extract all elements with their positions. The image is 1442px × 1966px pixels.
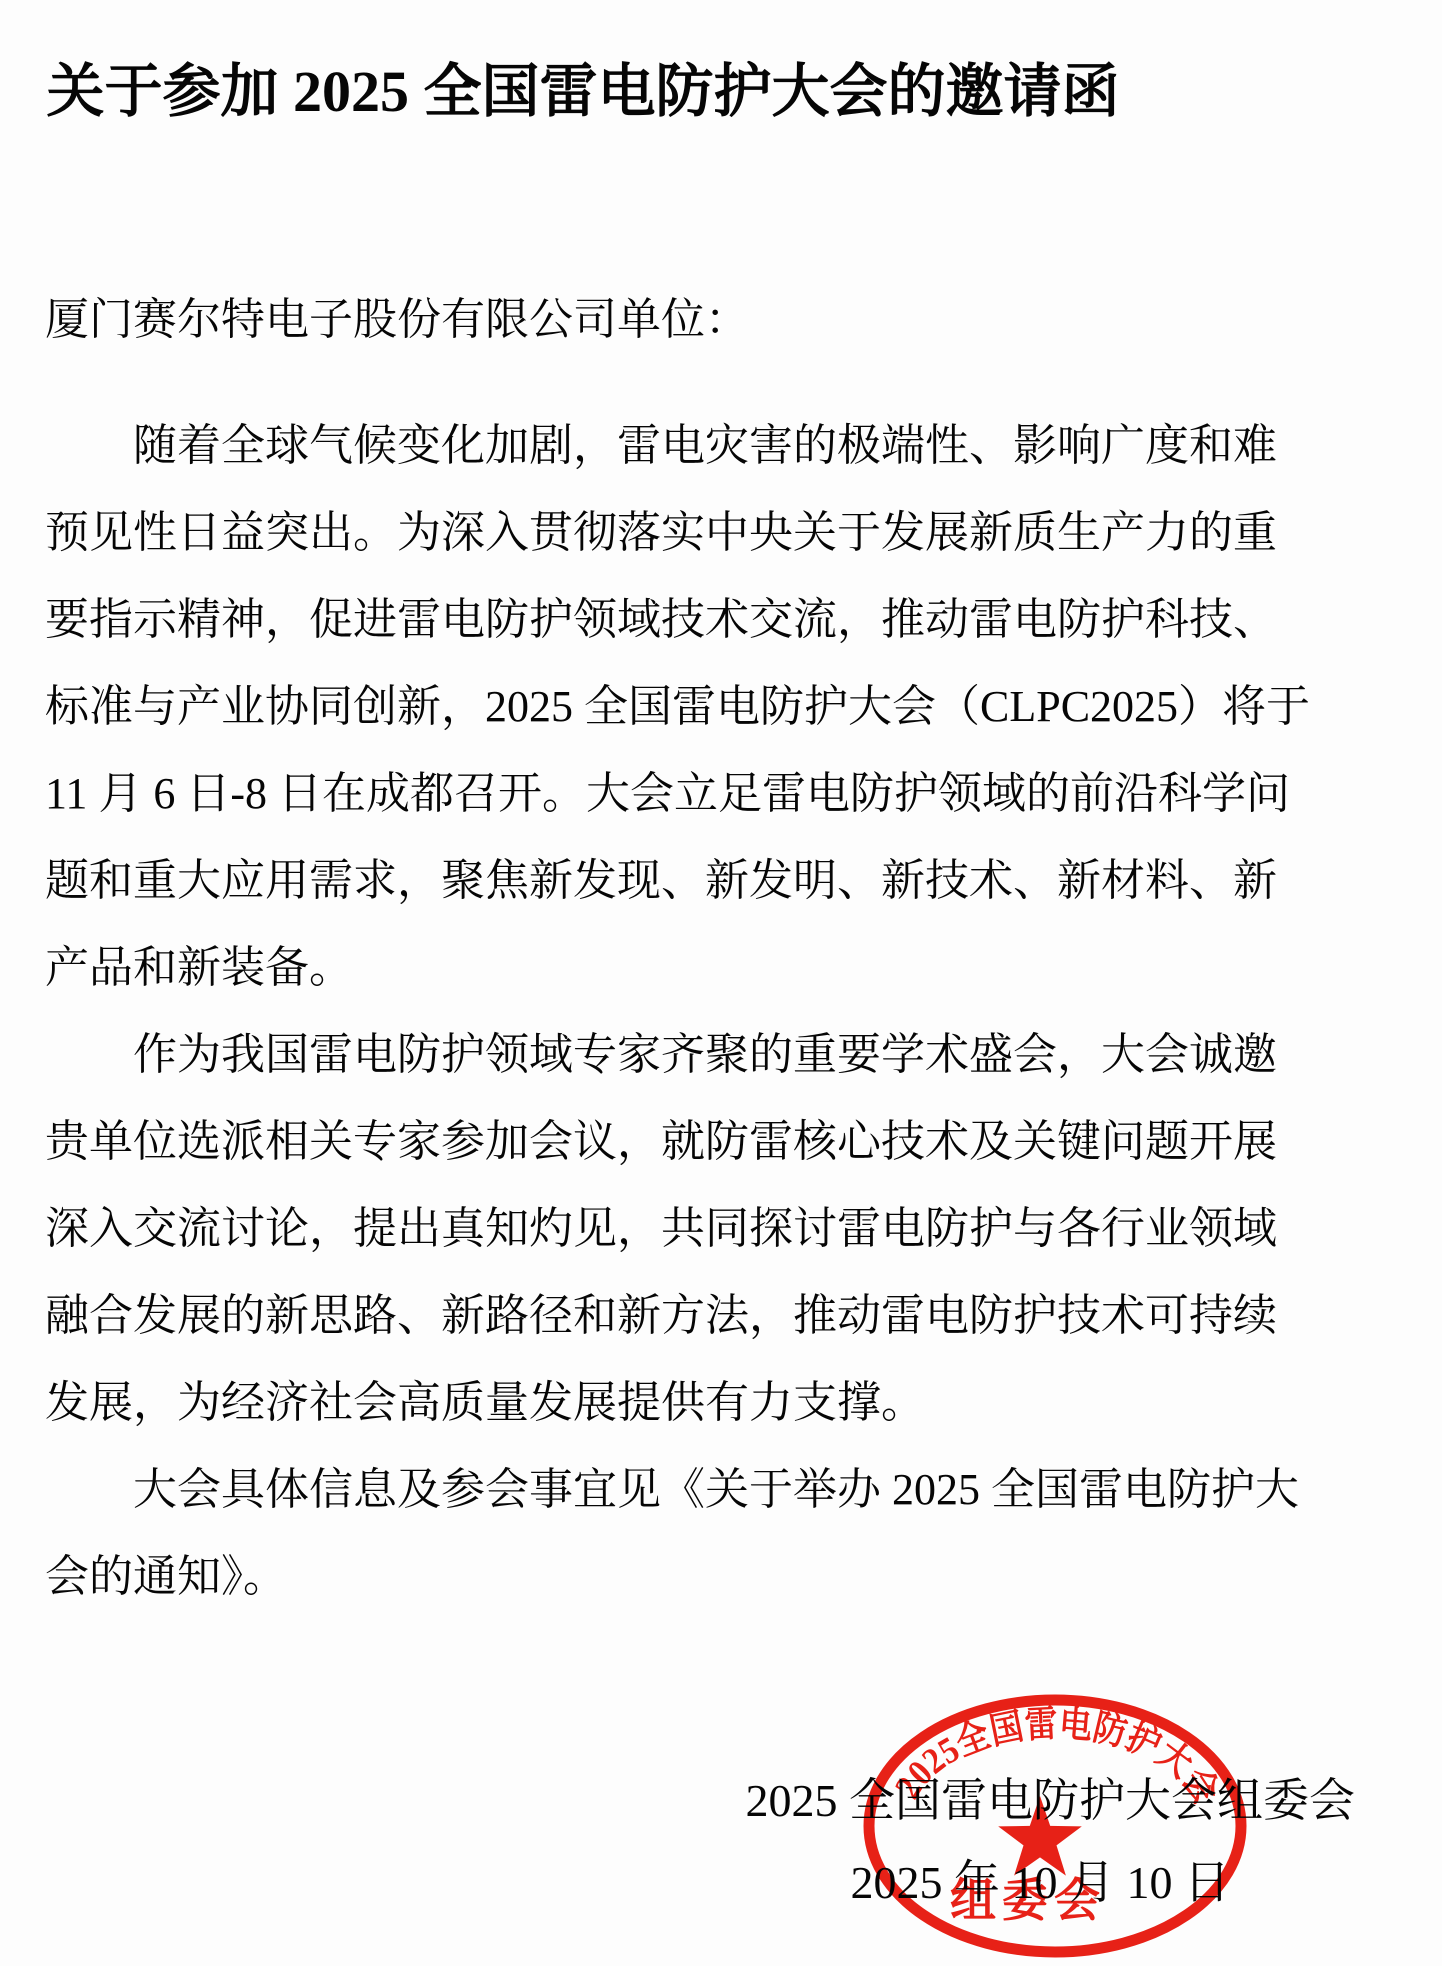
- paragraph-line: 贵单位选派相关专家参加会议，就防雷核心技术及关键问题开展: [45, 1098, 1171, 1185]
- seal-bottom-text: 组委会: [950, 1875, 1106, 1926]
- paragraph-line: 11 月 6 日-8 日在成都召开。大会立足雷电防护领域的前沿科学问: [45, 750, 1171, 837]
- addressee-line: 厦门赛尔特电子股份有限公司单位：: [45, 283, 749, 347]
- body-paragraph: 作为我国雷电防护领域专家齐聚的重要学术盛会，大会诚邀贵单位选派相关专家参加会议，…: [45, 1011, 1171, 1446]
- paragraph-line: 深入交流讨论，提出真知灼见，共同探讨雷电防护与各行业领域: [45, 1185, 1171, 1272]
- paragraph-line: 要指示精神，促进雷电防护领域技术交流，推动雷电防护科技、: [45, 576, 1171, 663]
- paragraph-line: 产品和新装备。: [45, 924, 1171, 1011]
- paragraph-line: 会的通知》。: [45, 1533, 1171, 1620]
- paragraph-line: 发展，为经济社会高质量发展提供有力支撑。: [45, 1359, 1171, 1446]
- paragraph-line: 作为我国雷电防护领域专家齐聚的重要学术盛会，大会诚邀: [45, 1011, 1171, 1098]
- paragraph-line: 随着全球气候变化加剧，雷电灾害的极端性、影响广度和难: [45, 402, 1171, 489]
- letter-body: 随着全球气候变化加剧，雷电灾害的极端性、影响广度和难预见性日益突出。为深入贯彻落…: [45, 381, 1171, 1620]
- body-paragraph: 大会具体信息及参会事宜见《关于举办 2025 全国雷电防护大会的通知》。: [45, 1446, 1171, 1620]
- paragraph-line: 题和重大应用需求，聚焦新发现、新发明、新技术、新材料、新: [45, 837, 1171, 924]
- seal-arc-text: 2025全国雷电防护大会: [887, 1703, 1227, 1811]
- invitation-letter-page: 关于参加 2025 全国雷电防护大会的邀请函 厦门赛尔特电子股份有限公司单位： …: [0, 0, 1442, 1966]
- seal-arc-text-holder: 2025全国雷电防护大会: [887, 1703, 1227, 1811]
- official-seal-stamp: 2025全国雷电防护大会 组委会: [855, 1680, 1255, 1966]
- page-title: 关于参加 2025 全国雷电防护大会的邀请函: [0, 44, 1166, 128]
- paragraph-line: 预见性日益突出。为深入贯彻落实中央关于发展新质生产力的重: [45, 489, 1171, 576]
- paragraph-line: 标准与产业协同创新，2025 全国雷电防护大会（CLPC2025）将于: [45, 663, 1171, 750]
- star-icon: [998, 1796, 1082, 1876]
- body-paragraph: 随着全球气候变化加剧，雷电灾害的极端性、影响广度和难预见性日益突出。为深入贯彻落…: [45, 402, 1171, 1011]
- paragraph-line: 融合发展的新思路、新路径和新方法，推动雷电防护技术可持续: [45, 1272, 1171, 1359]
- paragraph-line: 大会具体信息及参会事宜见《关于举办 2025 全国雷电防护大: [45, 1446, 1171, 1533]
